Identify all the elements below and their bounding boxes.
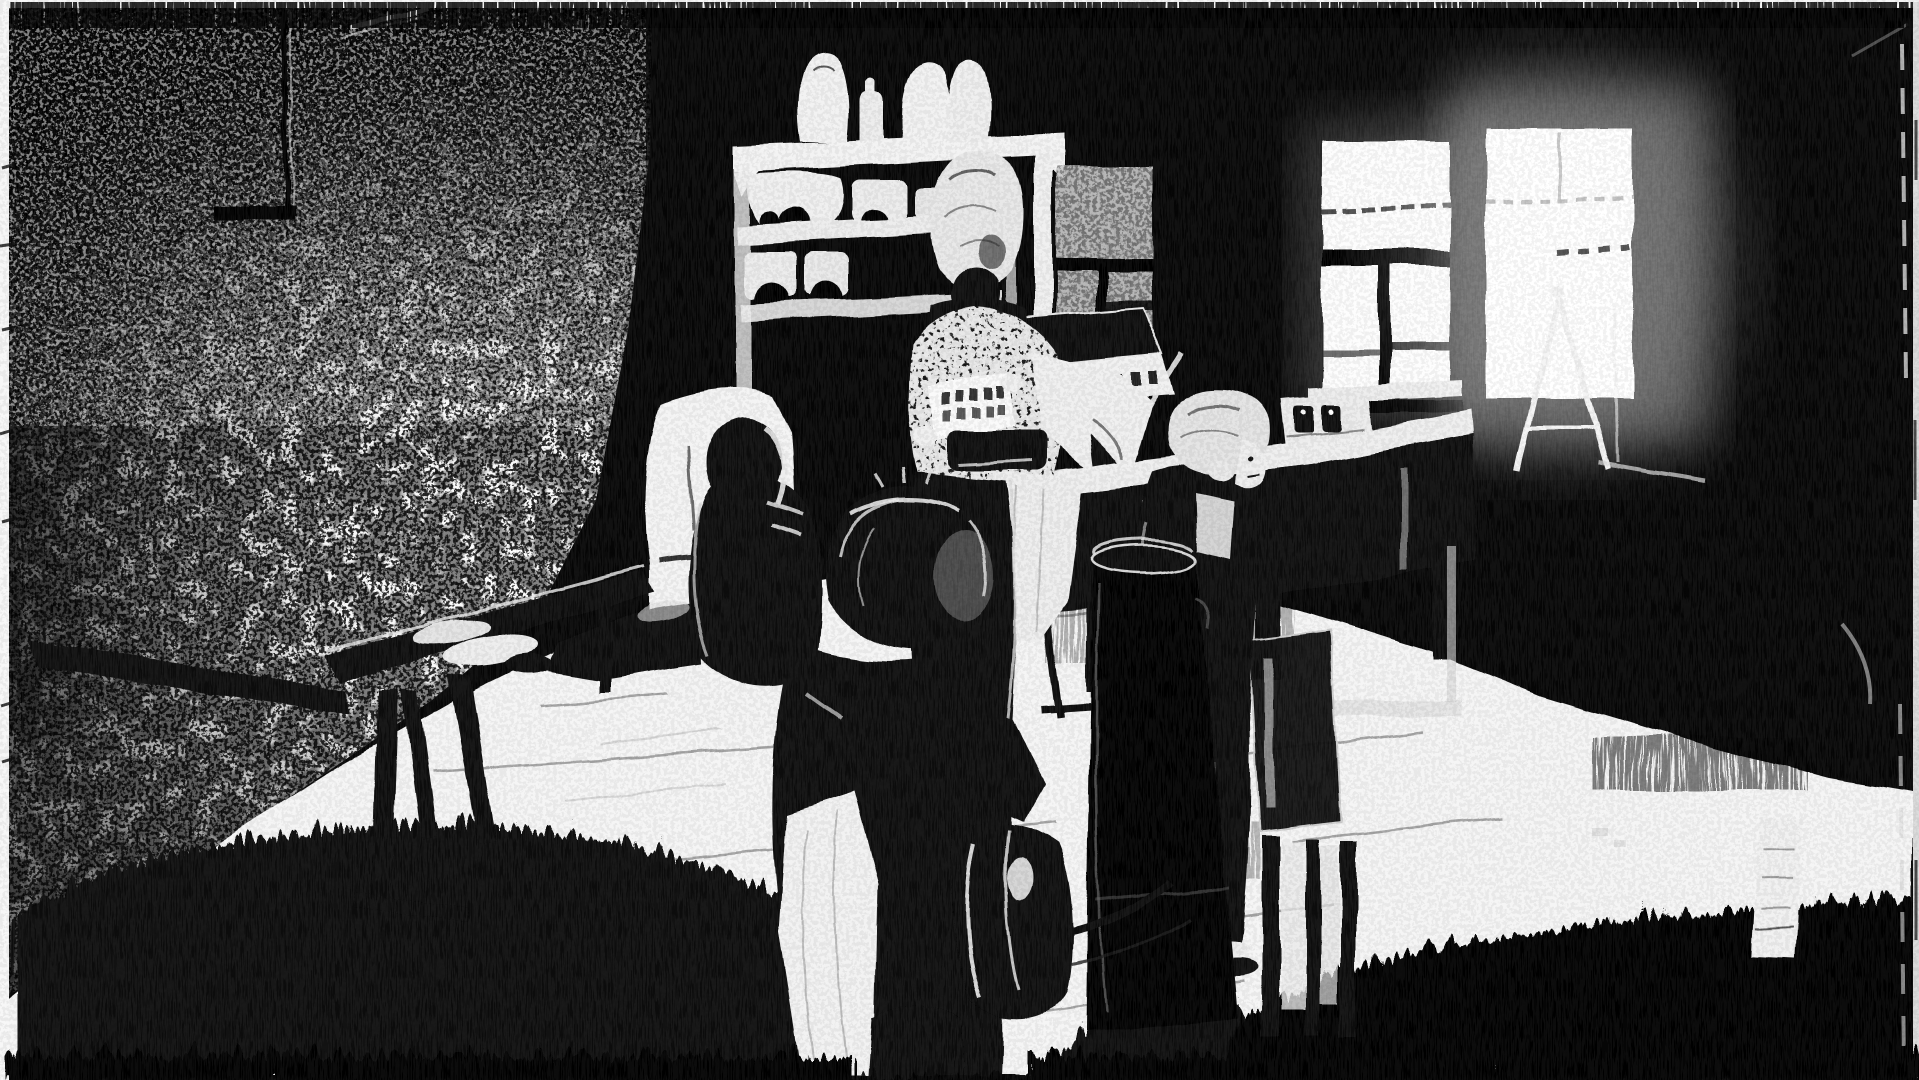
grain-black-speckle (0, 0, 1919, 1080)
sketch-scene (0, 0, 1919, 1080)
grain-overlay (0, 0, 1919, 1080)
sketch-canvas (0, 0, 1919, 1080)
